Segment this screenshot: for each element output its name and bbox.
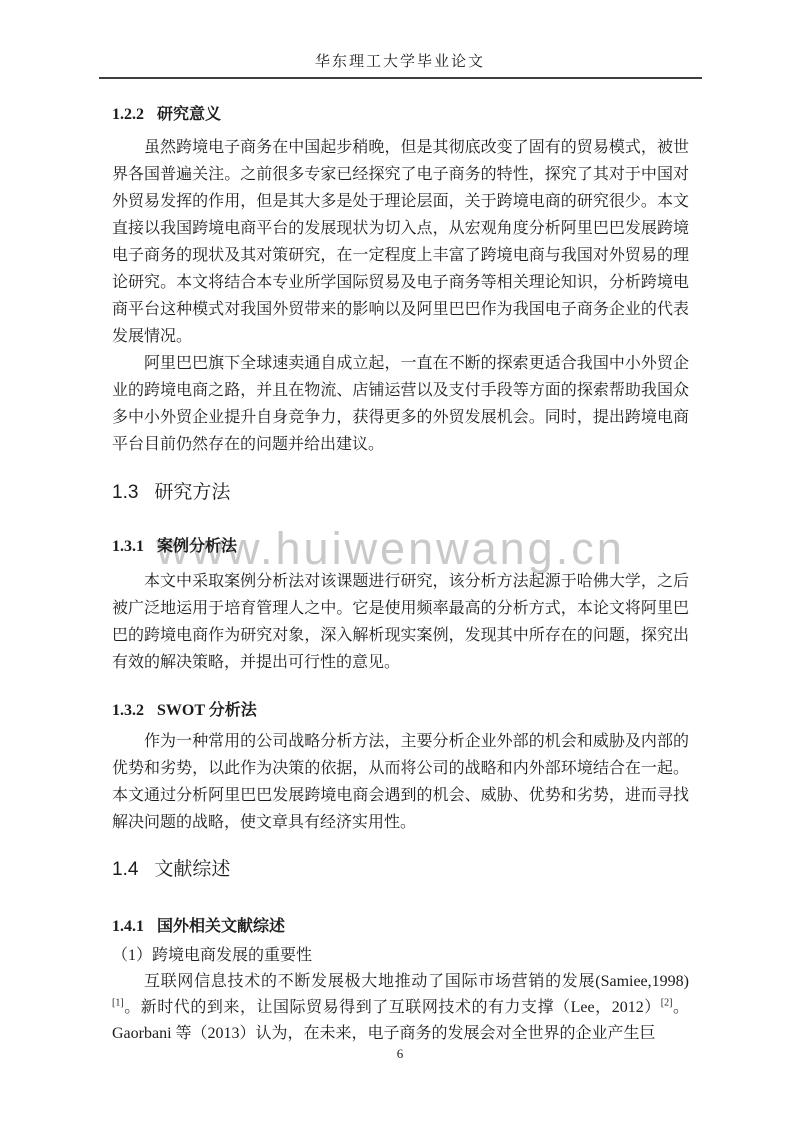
heading-number: 1.3.2 [112, 702, 144, 719]
heading-title: SWOT 分析法 [157, 702, 257, 719]
heading-title: 文献综述 [154, 859, 230, 880]
paragraph-swot: 作为一种常用的公司战略分析方法，主要分析企业外部的机会和威胁及内部的优势和劣势，… [112, 728, 689, 836]
heading-title: 研究方法 [154, 482, 230, 503]
heading-title: 研究意义 [157, 106, 221, 123]
paragraph-significance-2: 阿里巴巴旗下全球速卖通自成立起，一直在不断的探索更适合我国中小外贸企业的跨境电商… [112, 350, 689, 458]
heading-1-2-2: 1.2.2研究意义 [112, 101, 692, 124]
heading-1-4: 1.4文献综述 [112, 854, 692, 881]
heading-title: 国外相关文献综述 [157, 918, 285, 935]
section-1-4-1-body: （1）跨境电商发展的重要性 互联网信息技术的不断发展极大地推动了国际市场营销的发… [112, 943, 689, 1047]
paragraph-significance-1: 虽然跨境电子商务在中国起步稍晚，但是其彻底改变了固有的贸易模式，被世界各国普遍关… [112, 134, 689, 350]
heading-number: 1.3 [112, 482, 138, 503]
header-rule [99, 77, 702, 79]
literature-item-label: （1）跨境电商发展的重要性 [112, 943, 689, 969]
heading-number: 1.4.1 [112, 918, 144, 935]
heading-1-3-1: 1.3.1案例分析法 [112, 533, 692, 556]
page-number: 6 [0, 1046, 800, 1062]
section-1-3-1-body: 本文中采取案例分析法对该课题进行研究，该分析方法起源于哈佛大学，之后被广泛地运用… [112, 568, 689, 676]
thesis-page: www.huiwenwang.cn 华东理工大学毕业论文 1.2.2研究意义 虽… [0, 0, 800, 1132]
heading-title: 案例分析法 [157, 538, 237, 555]
heading-1-4-1: 1.4.1国外相关文献综述 [112, 913, 692, 936]
heading-1-3: 1.3研究方法 [112, 477, 692, 504]
heading-1-3-2: 1.3.2SWOT 分析法 [112, 697, 692, 720]
section-1-2-2-body: 虽然跨境电子商务在中国起步稍晚，但是其彻底改变了固有的贸易模式，被世界各国普遍关… [112, 134, 689, 458]
heading-number: 1.3.1 [112, 538, 144, 555]
section-1-3-2-body: 作为一种常用的公司战略分析方法，主要分析企业外部的机会和威胁及内部的优势和劣势，… [112, 728, 689, 836]
page-header-title: 华东理工大学毕业论文 [0, 50, 800, 71]
heading-number: 1.2.2 [112, 106, 144, 123]
paragraph-literature: 互联网信息技术的不断发展极大地推动了国际市场营销的发展(Samiee,1998)… [112, 969, 689, 1047]
paragraph-case-method: 本文中采取案例分析法对该课题进行研究，该分析方法起源于哈佛大学，之后被广泛地运用… [112, 568, 689, 676]
heading-number: 1.4 [112, 859, 138, 880]
